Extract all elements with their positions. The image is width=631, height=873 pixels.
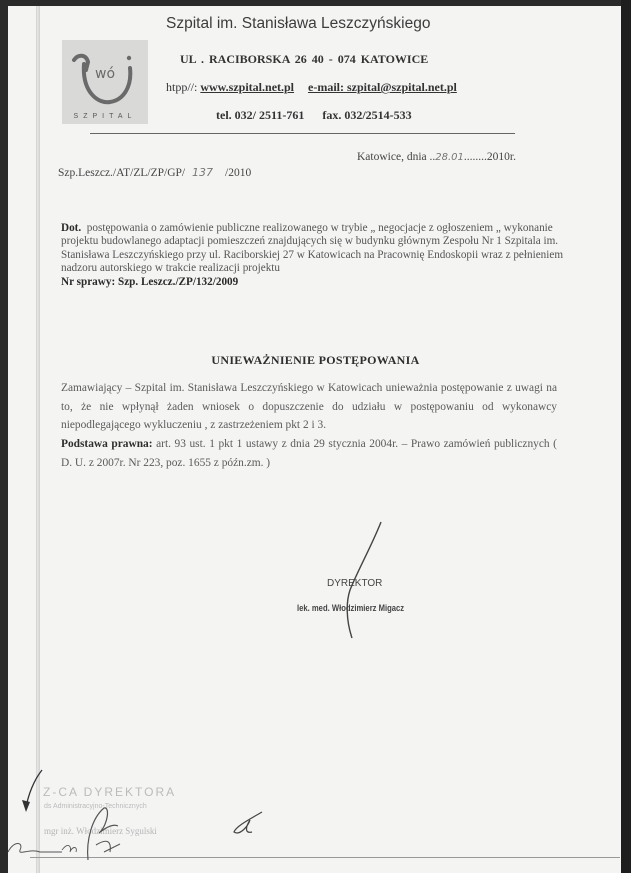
signature-name: lek. med. Włodzimierz Migacz [297, 603, 404, 613]
case-number: Nr sprawy: Szp. Leszcz./ZP/132/2009 [61, 276, 238, 288]
phone: tel. 032/ 2511-761 [216, 108, 304, 122]
reference-suffix: /2010 [225, 167, 251, 179]
handwritten-reference: 137 [192, 166, 213, 179]
legal-basis-label: Podstawa prawna: [61, 438, 153, 450]
svg-text:wó: wó [95, 66, 115, 82]
header-divider [90, 133, 515, 134]
subject-text: postępowania o zamówienie publiczne real… [61, 222, 563, 274]
reference-number: Szp.Leszcz./AT/ZL/ZP/GP/ 137/2010 [58, 166, 251, 179]
scan-border [621, 0, 631, 873]
hospital-logo: wó SZPITAL [62, 40, 148, 124]
reference-prefix: Szp.Leszcz./AT/ZL/ZP/GP/ [58, 167, 185, 179]
fax: fax. 032/2514-533 [322, 108, 411, 122]
email-link[interactable]: e-mail: szpital@szpital.net.pl [308, 80, 457, 94]
website-link[interactable]: www.szpital.net.pl [200, 80, 294, 94]
twoj-szpital-logo-icon: wó [62, 40, 148, 124]
subject-block: Dot. postępowania o zamówienie publiczne… [61, 222, 581, 289]
logo-caption: SZPITAL [62, 113, 148, 120]
address: UL . RACIBORSKA 26 40 - 074 KATOWICE [180, 52, 428, 67]
bottom-line [30, 857, 620, 858]
contact-line: htpp//: www.szpital.net.pl e-mail: szpit… [166, 80, 457, 95]
hospital-name: Szpital im. Stanisława Leszczyńskiego [166, 15, 430, 33]
body-paragraph: Zamawiający – Szpital im. Stanisława Les… [61, 382, 557, 431]
handwritten-date: 28.01 [435, 152, 464, 163]
date-prefix: Katowice, dnia .. [357, 151, 435, 163]
document-title: UNIEWAŻNIENIE POSTĘPOWANIA [0, 353, 631, 368]
phone-fax-line: tel. 032/ 2511-761 fax. 032/2514-533 [216, 108, 412, 123]
date-suffix: ........2010r. [464, 151, 516, 163]
stamp-title: Z-CA DYREKTORA [43, 785, 176, 799]
place-date: Katowice, dnia ..28.01........2010r. [357, 151, 516, 163]
subject-label: Dot. [61, 222, 81, 234]
web-prefix: htpp//: [166, 80, 200, 94]
scan-edge-line [36, 6, 40, 873]
body-text: Zamawiający – Szpital im. Stanisława Les… [61, 379, 557, 473]
signature-title: DYREKTOR [327, 578, 382, 589]
stamp-name: mgr inż. Włodzimierz Sygulski [44, 826, 157, 836]
stamp-department: ds Administracyjno-Technicznych [44, 803, 147, 810]
